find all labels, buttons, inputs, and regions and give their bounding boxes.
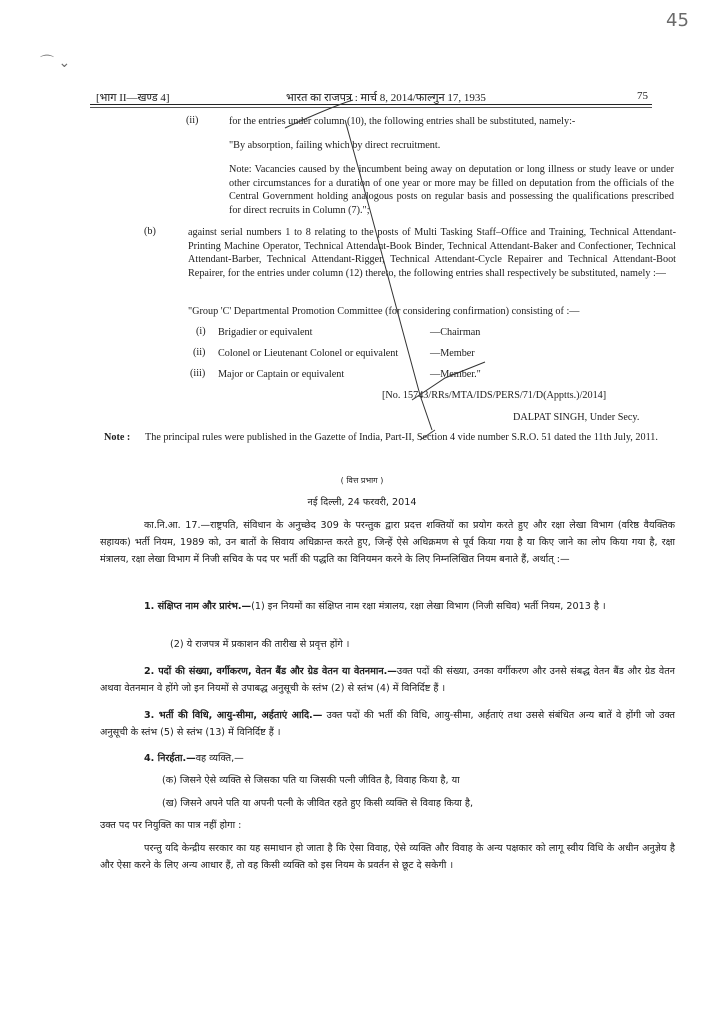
rule-4-heading: 4. निरर्हता.— (144, 753, 196, 764)
rule-1: 1. संक्षिप्त नाम और प्रारंभ.—(1) इन नियम… (100, 598, 675, 615)
note-label: Note : (104, 431, 130, 445)
clause-ka: (क) जिसने ऐसे व्यक्ति से जिसका पति या जि… (162, 772, 460, 789)
signatory: DALPAT SINGH, Under Secy. (513, 411, 639, 425)
handwritten-page-mark: 45 (666, 10, 689, 31)
rule-3: 3. भर्ती की विधि, आयु-सीमा, अर्हताएं आदि… (100, 707, 675, 741)
rule-1-text: (1) इन नियमों का संक्षिप्त नाम रक्षा मंत… (251, 601, 606, 612)
committee-intro: "Group 'C' Departmental Promotion Commit… (188, 305, 676, 319)
header-rule-secondary (90, 107, 652, 108)
member-rank: Major or Captain or equivalent (218, 368, 344, 382)
rule-1-heading: 1. संक्षिप्त नाम और प्रारंभ.— (144, 601, 251, 612)
preamble: का.नि.आ. 17.—राष्ट्रपति, संविधान के अनुच… (100, 517, 675, 568)
member-rank: Brigadier or equivalent (218, 326, 312, 340)
place-date: नई दिल्ली, 24 फरवरी, 2014 (0, 495, 724, 508)
clause-kha: (ख) जिसने अपने पति या अपनी पत्नी के जीवि… (162, 795, 473, 812)
member-num: (ii) (193, 347, 205, 358)
item-b-text: against serial numbers 1 to 8 relating t… (188, 226, 676, 280)
rule-4: 4. निरर्हता.—वह व्यक्ति,— (144, 750, 244, 767)
rule-4-conclusion: उक्त पद पर नियुक्ति का पात्र नहीं होगा : (100, 817, 241, 834)
member-role: —Chairman (430, 326, 480, 340)
item-ii-text: for the entries under column (10), the f… (229, 115, 669, 129)
member-role: —Member (430, 347, 475, 361)
rule-2: 2. पदों की संख्या, वर्गीकरण, वेतन बैंड औ… (100, 663, 675, 697)
reference-number: [No. 15743/RRs/MTA/IDS/PERS/71/D(Apptts.… (382, 389, 606, 403)
item-b-label: (b) (144, 226, 156, 237)
member-rank: Colonel or Lieutenant Colonel or equival… (218, 347, 398, 361)
rule-2-heading: 2. पदों की संख्या, वर्गीकरण, वेतन बैंड औ… (144, 666, 397, 677)
division-heading: ( वित्त प्रभाग ) (0, 475, 724, 486)
header-title: भारत का राजपत्र : मार्च 8, 2014/फाल्गुन … (286, 90, 486, 105)
rule-3-heading: 3. भर्ती की विधि, आयु-सीमा, अर्हताएं आदि… (144, 710, 322, 721)
rule-1-sub-2: (2) ये राजपत्र में प्रकाशन की तारीख से प… (170, 636, 675, 653)
note-text: The principal rules were published in th… (145, 431, 675, 445)
page-number: 75 (637, 90, 648, 102)
rule-4-proviso: परन्तु यदि केन्द्रीय सरकार का यह समाधान … (100, 840, 675, 874)
rule-4-intro: वह व्यक्ति,— (196, 753, 244, 764)
handwritten-scribble: ⌒ ⌄ (40, 52, 70, 72)
item-ii-quote: "By absorption, failing which by direct … (229, 139, 669, 153)
header-part: [भाग II—खण्ड 4] (96, 90, 170, 105)
member-num: (i) (196, 326, 206, 337)
item-ii-note: Note: Vacancies caused by the incumbent … (229, 163, 674, 217)
member-num: (iii) (190, 368, 205, 379)
item-ii-label: (ii) (186, 115, 198, 126)
member-role: —Member." (430, 368, 481, 382)
header-rule (90, 104, 652, 105)
